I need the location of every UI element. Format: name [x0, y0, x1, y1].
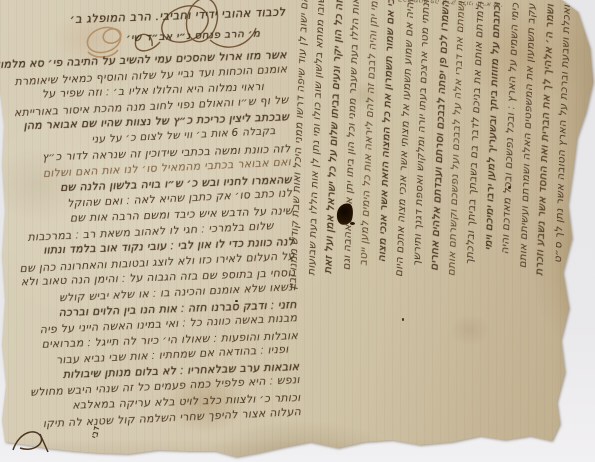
header-text: לכבוד אהובי ידידי וחביבי. הרב המופלג ב׳ …	[33, 2, 286, 53]
ink-speck	[402, 318, 404, 321]
signature-flourish	[10, 426, 52, 456]
ink-speck	[508, 186, 511, 189]
ink-blot-satellite	[350, 222, 355, 225]
margin-text-block: אם ישוב לן עוד שיפה דרשו ממני היכל ואות …	[279, 0, 581, 462]
manuscript-photo: לכבוד אהובי ידידי וחביבי. הרב המופלג ב׳ …	[0, 0, 595, 462]
ink-speck	[235, 300, 238, 302]
main-text-block: אשר מזו ארול שהסכים עמי להשיב על התיבה פ…	[0, 46, 301, 432]
